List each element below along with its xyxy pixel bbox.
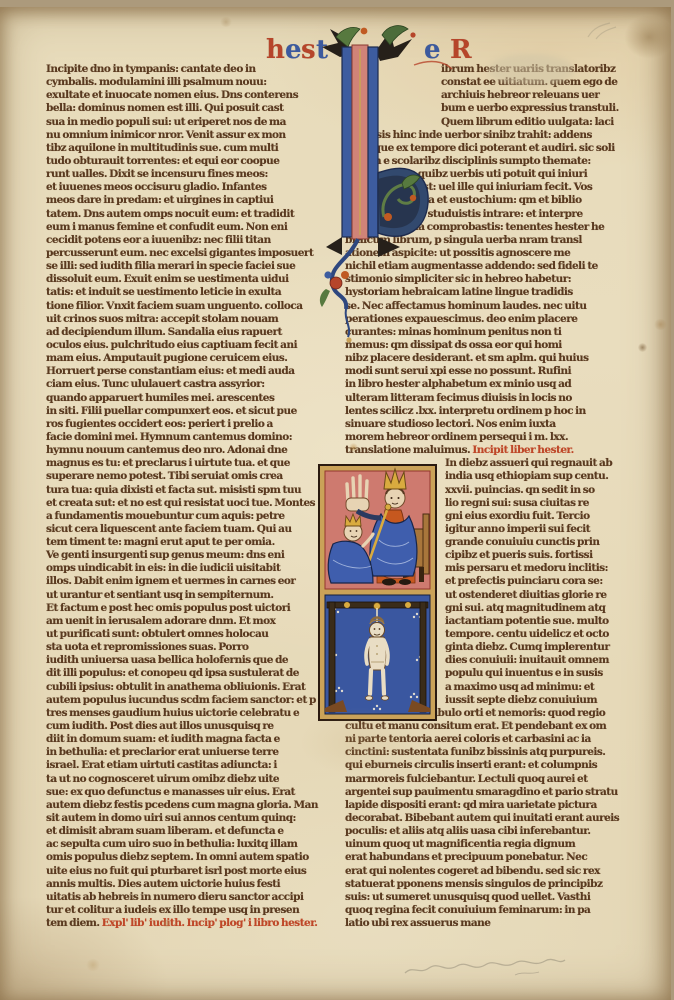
body-text: magnus es tu: et preclarus i uirtute tua…: [46, 457, 290, 469]
text-line: qui eburneis circulis inserti erant: et …: [345, 759, 633, 772]
text-line: populu qui inuentus e in susis: [445, 667, 633, 680]
text-line: tempore. centu uidelicz et octo: [445, 628, 633, 641]
body-text: igitur anno imperii sui fecit: [445, 523, 590, 535]
text-line: cecidit potens eor a iuuenibz: nec filii…: [46, 234, 318, 247]
body-text: se illi: sed iudith filia merari in spec…: [46, 260, 295, 272]
text-line: erat qui nolentes cogeret ad bibendu. se…: [345, 865, 633, 878]
body-text: ta ut no cognosceret uirum omibz diebz u…: [46, 773, 279, 785]
body-text: illos. Dabit enim ignem et uermes in car…: [46, 575, 295, 587]
body-text: dissoluit eum. Exuit enim se uestimenta …: [46, 273, 289, 285]
body-text: meos dare in predam: et uirgines in capt…: [46, 194, 273, 206]
body-text: translatione maluimus.: [345, 444, 472, 456]
body-text: in bethulia: et preclarior erat uniuerse…: [46, 746, 279, 758]
text-line: omps uindicabit in eis: in die iudicii u…: [46, 562, 318, 575]
text-line: cinctini: sustentata funibz bissinis atq…: [345, 746, 633, 759]
body-text: ad decipiendum illum. Sandalia eius rapu…: [46, 326, 282, 338]
body-text: iussit septe diebz conuiuium: [445, 694, 597, 706]
text-line: poculis: et aliis atq aliis uasa cibi in…: [345, 825, 633, 838]
text-line: cipibz et pueris suis. fortissi: [445, 549, 633, 562]
body-text: superare nemo potest. Tibi seruiat omis …: [46, 470, 283, 482]
body-text: lentes scilicz .lxx. interpretu ordinem …: [345, 405, 586, 417]
text-line: gni eius exordiu fuit. Tercio: [445, 510, 633, 523]
body-text: archiuis hebreor releuans uer: [441, 89, 599, 101]
running-title-letter: e: [285, 35, 302, 65]
illuminated-initial-L: [318, 21, 453, 351]
text-line: israel. Erat etiam uirtuti castitas adiu…: [46, 759, 318, 772]
body-text: populu qui inuentus e in susis: [445, 667, 603, 679]
text-line: sinuare studioso lectori. Nos enim iuxta: [345, 418, 633, 431]
text-line: ac sepulta cum uiro suo in bethulia: lux…: [46, 838, 318, 851]
body-text: decorabat. Bibebant autem qui inuitati e…: [345, 812, 619, 824]
body-text: tur et colitur a iudeis ex illo tempe us…: [46, 904, 299, 916]
text-line: diit in domum suam: et iudith magna fact…: [46, 733, 318, 746]
rubric-text: Incipit liber hester.: [472, 444, 573, 456]
body-text: uite eius no fuit qui pturbaret isrl pos…: [46, 865, 306, 877]
body-text: marmoreis fulciebantur. Lectuli quoq aur…: [345, 773, 588, 785]
text-line: nibz placere desiderant. et sm aplm. qui…: [345, 352, 633, 365]
text-line: a fundamentis mouebuntur cum aquis: petr…: [46, 510, 318, 523]
body-text: qui eburneis circulis inserti erant: et …: [345, 759, 597, 771]
text-line: grande conuiuiu cunctis prin: [445, 536, 633, 549]
text-line: tura tua: quia dixisti et facta sut. mis…: [46, 484, 318, 497]
text-line: modi sunt serui xpi esse no possunt. Ruf…: [345, 365, 633, 378]
initial-tail: [320, 239, 358, 343]
text-line: Incipite dno in tympanis: cantate deo in: [46, 63, 318, 76]
text-line: ut urantur et sentiant usq in sempiternu…: [46, 589, 318, 602]
text-line: uit crinos suos mitra: accepit stolam no…: [46, 313, 318, 326]
text-line: argentei sup pauimentu smaragdino et par…: [345, 786, 633, 799]
miniature-frame: [319, 465, 436, 720]
body-text: cum iudith. Post dies aut illos unusquis…: [46, 720, 274, 732]
body-text: sta uota et repromissiones suas. Porro: [46, 641, 249, 653]
body-text: tura tua: quia dixisti et facta sut. mis…: [46, 484, 301, 496]
text-line: superare nemo potest. Tibi seruiat omis …: [46, 470, 318, 483]
text-line: autem populus iucundus scdm faciem sanct…: [46, 694, 318, 707]
text-line: iactantiam potentie sue. multo: [445, 615, 633, 628]
body-text: eum i manus femine et confudit eum. Non …: [46, 221, 287, 233]
text-line: mam eius. Amputauit pugione ceruicem eiu…: [46, 352, 318, 365]
body-text: gni sui. atq magnitudinem atq: [445, 602, 605, 614]
body-text: israel. Erat etiam uirtuti castitas adiu…: [46, 759, 277, 771]
edge-spot: [638, 343, 647, 352]
body-text: morem hebreor ordinem persequi i m. lxx.: [345, 431, 568, 443]
text-line: bum e uerbo expressius transtuli.: [441, 102, 633, 115]
body-text: in siti. Filii puellar compunxert eos. e…: [46, 405, 297, 417]
body-text: sua in medio populi sui: ut eriperet nos…: [46, 116, 286, 128]
text-line: annis multis. Dies autem uictorie huius …: [46, 878, 318, 891]
text-line: sicut cera liquescent ante faciem tuam. …: [46, 523, 318, 536]
body-text: omps uindicabit in eis: in die iudicii u…: [46, 562, 280, 574]
text-line: tur et colitur a iudeis ex illo tempe us…: [46, 904, 318, 917]
body-text: sinuare studioso lectori. Nos enim iuxta: [345, 418, 556, 430]
text-line: uite eius no fuit qui pturbaret isrl pos…: [46, 865, 318, 878]
text-line: tem diem. Expl' lib' iudith. Incip' plog…: [46, 917, 318, 930]
text-line: dies conuiuii: inuitauit omnem: [445, 654, 633, 667]
body-text: Horruert perse constantiam eius: et medi…: [46, 365, 295, 377]
text-line: erat habundans et precipuum ponebatur. N…: [345, 851, 633, 864]
body-text: uit crinos suos mitra: accepit stolam no…: [46, 313, 278, 325]
body-text: facie domini mei. Hymnum cantemus domino…: [46, 431, 292, 443]
text-line: in bethulia: et preclarior erat uniuerse…: [46, 746, 318, 759]
text-line: Quem librum editio uulgata: laci: [441, 116, 633, 129]
body-text: sicut cera liquescent ante faciem tuam. …: [46, 523, 292, 535]
body-text: tione filior. Vnxit faciem suam unguento…: [46, 300, 303, 312]
text-line: hymnu nouum cantemus deo nro. Adonai dne: [46, 444, 318, 457]
text-line: am uenit in ierusalem adorare dnm. Et mo…: [46, 615, 318, 628]
body-text: iactantiam potentie sue. multo: [445, 615, 609, 627]
body-text: cubili ipsius: obtulit in anathema obliu…: [46, 681, 305, 693]
manuscript-photo: { "document": { "kind": "illuminated man…: [0, 0, 674, 1000]
text-line: morem hebreor ordinem persequi i m. lxx.: [345, 431, 633, 444]
text-line: omis populus diebz septem. In omni autem…: [46, 851, 318, 864]
text-line: et prefectis puinciaru cora se:: [445, 575, 633, 588]
text-line: dissoluit eum. Exuit enim se uestimenta …: [46, 273, 318, 286]
text-line: se illi: sed iudith filia merari in spec…: [46, 260, 318, 273]
text-line: a maximo usq ad minimu: et: [445, 681, 633, 694]
body-text: a maximo usq ad minimu: et: [445, 681, 594, 693]
body-text: runt ualles. Dixit se incensuru fines me…: [46, 168, 268, 180]
body-text: nu omnium inimicor nror. Venit assur ex …: [46, 129, 286, 141]
body-text: india usq ethiopiam sup centu.: [445, 470, 608, 482]
body-text: bum e uerbo expressius transtuli.: [441, 102, 619, 114]
text-line: percusserunt eum. nec excelsi gigantes i…: [46, 247, 318, 260]
pencil-inscription: [395, 945, 570, 990]
body-text: cymbalis. modulamini illi psalmum nouu:: [46, 76, 267, 88]
body-text: dies conuiuii: inuitauit omnem: [445, 654, 609, 666]
text-line: archiuis hebreor releuans uer: [441, 89, 633, 102]
body-text: et dimisit abram suam liberam. et defunc…: [46, 825, 284, 837]
text-line: cymbalis. modulamini illi psalmum nouu:: [46, 76, 318, 89]
text-line: meos dare in predam: et uirgines in capt…: [46, 194, 318, 207]
text-line: oculos eius. pulchritudo eius captiuam f…: [46, 339, 318, 352]
body-text: et iuuenes meos occisuru gladio. Infante…: [46, 181, 267, 193]
initial-letter-body: [326, 45, 428, 257]
text-line: ad decipiendum illum. Sandalia eius rapu…: [46, 326, 318, 339]
body-text: quoq regina fecit conuiuium feminarum: i…: [345, 904, 590, 916]
text-line: lapide dispositi erant: qd mira uarietat…: [345, 799, 633, 812]
body-text: gni eius exordiu fuit. Tercio: [445, 510, 590, 522]
body-text: In diebz assueri qui regnauit ab: [445, 457, 612, 469]
text-line: tem timent te: magni erut aput te per om…: [46, 536, 318, 549]
body-text: oculos eius. pulchritudo eius captiuam f…: [46, 339, 297, 351]
body-text: ulteram litteram fecimus diuisis in loci…: [345, 392, 572, 404]
body-text: am uenit in ierusalem adorare dnm. Et mo…: [46, 615, 275, 627]
text-line: bella: dominus nomen est illi. Qui posui…: [46, 102, 318, 115]
text-line: Ve genti insurgenti sup genus meum: dns …: [46, 549, 318, 562]
body-text: modi sunt serui xpi esse no possunt. Ruf…: [345, 365, 571, 377]
text-line: Horruert perse constantiam eius: et medi…: [46, 365, 318, 378]
throne: [423, 514, 429, 574]
body-text: tibz aquilone in multitudinis sue. cum m…: [46, 142, 278, 154]
text-line: et creata sut: et no est qui resistat uo…: [46, 497, 318, 510]
body-text: ut urantur et sentiant usq in sempiternu…: [46, 589, 274, 601]
text-line: magnus es tu: et preclarus i uirtute tua…: [46, 457, 318, 470]
body-text: ginta diebz. Cumq implerentur: [445, 641, 609, 653]
body-text: tempore. centu uidelicz et octo: [445, 628, 609, 640]
body-text: a fundamentis mouebuntur cum aquis: petr…: [46, 510, 285, 522]
body-text: erat habundans et precipuum ponebatur. N…: [345, 851, 587, 863]
body-text: ut ostenderet diuitias glorie re: [445, 589, 607, 601]
body-text: tres menses gaudium huius uictorie celeb…: [46, 707, 299, 719]
text-line: ni parte tentoria aerei coloris et carba…: [345, 733, 633, 746]
text-line: cultu et manu consitum erat. Et pendeban…: [345, 720, 633, 733]
body-text: tem timent te: magni erut aput te per om…: [46, 536, 275, 548]
text-line: uinum quoq ut magnificentia regia dignum: [345, 838, 633, 851]
body-text: argentei sup pauimentu smaragdino et par…: [345, 786, 618, 798]
fox-spot: [220, 17, 232, 27]
body-text: autem populus iucundus scdm faciem sanct…: [46, 694, 316, 706]
body-text: uinum quoq ut magnificentia regia dignum: [345, 838, 575, 850]
body-text: tem diem.: [46, 917, 102, 929]
text-line: iudith uniuersa uasa bellica holofernis …: [46, 654, 318, 667]
body-text: sit autem in domo uiri sui annos centum …: [46, 812, 296, 824]
body-text: cecidit potens eor a iuuenibz: nec filii…: [46, 234, 271, 246]
text-line: ut ostenderet diuitias glorie re: [445, 589, 633, 602]
body-text: exultate et inuocate nomen eius. Dns con…: [46, 89, 298, 101]
text-line: ginta diebz. Cumq implerentur: [445, 641, 633, 654]
body-text: lio regni sui: susa ciuitas re: [445, 497, 589, 509]
text-line: lentes scilicz .lxx. interpretu ordinem …: [345, 405, 633, 418]
text-line: iussit septe diebz conuiuium: [445, 694, 633, 707]
text-line: xxvii. puincias. qn sedit in so: [445, 484, 633, 497]
body-text: grande conuiuiu cunctis prin: [445, 536, 600, 548]
body-text: autem diebz festis pcedens cum magna glo…: [46, 799, 318, 811]
text-line: dit illi populus: et conopeu qd ipsa sus…: [46, 667, 318, 680]
manuscript-page: hesteR Incipite dno in tympanis: cantate…: [0, 7, 671, 1000]
body-text: ros fugientes occidert eos: periert i pr…: [46, 418, 273, 430]
text-line: tatis: et induit se uestimento leticie i…: [46, 286, 318, 299]
body-text: tatis: et induit se uestimento leticie i…: [46, 286, 281, 298]
body-text: bella: dominus nomen est illi. Qui posui…: [46, 102, 283, 114]
text-line: illos. Dabit enim ignem et uermes in car…: [46, 575, 318, 588]
text-line: cum iudith. Post dies aut illos unusquis…: [46, 720, 318, 733]
body-text: suis: ut sumeret unusquisq quod uellet. …: [345, 891, 590, 903]
body-text: latio ubi rex assuerus mane: [345, 917, 490, 929]
text-line: marmoreis fulciebantur. Lectuli quoq aur…: [345, 773, 633, 786]
body-text: cinctini: sustentata funibz bissinis atq…: [345, 746, 605, 758]
text-line: quando apparuert humiles mei. arescentes: [46, 392, 318, 405]
text-line: eum i manus femine et confudit eum. Non …: [46, 221, 318, 234]
body-text: Incipite dno in tympanis: cantate deo in: [46, 63, 256, 75]
body-text: et creata sut: et no est qui resistat uo…: [46, 497, 315, 509]
body-text: ciam eius. Tunc ululauert castra assyrio…: [46, 378, 265, 390]
body-text: in libro hester alphabetum ex minio usq …: [345, 378, 571, 390]
text-line: decorabat. Bibebant autem qui inuitati e…: [345, 812, 633, 825]
edge-spot: [654, 319, 667, 330]
miniature-esther-and-haman: [317, 456, 438, 722]
body-text: annis multis. Dies autem uictorie huius …: [46, 878, 280, 890]
text-line: tione filior. Vnxit faciem suam unguento…: [46, 300, 318, 313]
text-line: ros fugientes occidert eos: periert i pr…: [46, 418, 318, 431]
body-text: statuerat pponens mensis singulos de pri…: [345, 878, 602, 890]
body-text: sue: ex quo defunctus e manasses uir eiu…: [46, 786, 295, 798]
body-text: mam eius. Amputauit pugione ceruicem eiu…: [46, 352, 287, 364]
text-line: gni sui. atq magnitudinem atq: [445, 602, 633, 615]
body-text: Et factum e post hec omis populus post u…: [46, 602, 290, 614]
text-line: mis persaru et medoru inclitis:: [445, 562, 633, 575]
body-text: percusserunt eum. nec excelsi gigantes i…: [46, 247, 313, 259]
text-line: latio ubi rex assuerus mane: [345, 917, 633, 930]
text-line: tudo obturauit torrentes: et equi eor co…: [46, 155, 318, 168]
body-text: hymnu nouum cantemus deo nro. Adonai dne: [46, 444, 287, 456]
text-line: runt ualles. Dixit se incensuru fines me…: [46, 168, 318, 181]
body-text: ut purificati sunt: obtulert omnes holoc…: [46, 628, 268, 640]
text-line: et dimisit abram suam liberam. et defunc…: [46, 825, 318, 838]
text-line: tres menses gaudium huius uictorie celeb…: [46, 707, 318, 720]
body-text: uitatis ab hebreis in numero dieru sanct…: [46, 891, 303, 903]
text-line: in libro hester alphabetum ex minio usq …: [345, 378, 633, 391]
text-line: tatem. Dns autem omps nocuit eum: et tra…: [46, 208, 318, 221]
text-line: ulteram litteram fecimus diuisis in loci…: [345, 392, 633, 405]
body-text: tudo obturauit torrentes: et equi eor co…: [46, 155, 279, 167]
body-text: ni parte tentoria aerei coloris et carba…: [345, 733, 591, 745]
rubric-text: Expl' lib' iudith. Incip' plog' i libro …: [102, 917, 318, 929]
text-line: sta uota et repromissiones suas. Porro: [46, 641, 318, 654]
text-line: igitur anno imperii sui fecit: [445, 523, 633, 536]
running-title-letter: h: [266, 35, 285, 65]
body-text: lapide dispositi erant: qd mira uarietat…: [345, 799, 597, 811]
body-text: et prefectis puinciaru cora se:: [445, 575, 603, 587]
text-line: tibz aquilone in multitudinis sue. cum m…: [46, 142, 318, 155]
text-line: lio regni sui: susa ciuitas re: [445, 497, 633, 510]
text-line: Et factum e post hec omis populus post u…: [46, 602, 318, 615]
text-line: facie domini mei. Hymnum cantemus domino…: [46, 431, 318, 444]
text-line: suis: ut sumeret unusquisq quod uellet. …: [345, 891, 633, 904]
body-text: ac sepulta cum uiro suo in bethulia: lux…: [46, 838, 297, 850]
running-title-letter: R: [450, 35, 472, 65]
erased-mark: [584, 17, 620, 43]
text-line: ciam eius. Tunc ululauert castra assyrio…: [46, 378, 318, 391]
left-text-column: Incipite dno in tympanis: cantate deo in…: [46, 63, 318, 930]
text-line: statuerat pponens mensis singulos de pri…: [345, 878, 633, 891]
text-line: sue: ex quo defunctus e manasses uir eiu…: [46, 786, 318, 799]
running-title-letter: s: [301, 35, 316, 65]
body-text: diit in domum suam: et iudith magna fact…: [46, 733, 280, 745]
body-text: Ve genti insurgenti sup genus meum: dns …: [46, 549, 284, 561]
body-text: dit illi populus: et conopeu qd ipsa sus…: [46, 667, 299, 679]
body-text: iudith uniuersa uasa bellica holofernis …: [46, 654, 288, 666]
title-flourish: [414, 62, 452, 69]
text-line: sua in medio populi sui: ut eriperet nos…: [46, 116, 318, 129]
body-text: tatem. Dns autem omps nocuit eum: et tra…: [46, 208, 294, 220]
ink-smudge: [488, 54, 574, 86]
text-line: et iuuenes meos occisuru gladio. Infante…: [46, 181, 318, 194]
body-text: omis populus diebz septem. In omni autem…: [46, 851, 309, 863]
body-text: poculis: et aliis atq aliis uasa cibi in…: [345, 825, 591, 837]
body-text: cipibz et pueris suis. fortissi: [445, 549, 593, 561]
text-line: exultate et inuocate nomen eius. Dns con…: [46, 89, 318, 102]
body-text: erat qui nolentes cogeret ad bibendu. se…: [345, 865, 600, 877]
text-line: india usq ethiopiam sup centu.: [445, 470, 633, 483]
body-text: Quem librum editio uulgata: laci: [441, 116, 614, 128]
fox-spot: [86, 959, 100, 971]
text-line: In diebz assueri qui regnauit ab: [445, 457, 633, 470]
body-text: nibz placere desiderant. et sm aplm. qui…: [345, 352, 589, 364]
text-line: nu omnium inimicor nror. Venit assur ex …: [46, 129, 318, 142]
text-line: autem diebz festis pcedens cum magna glo…: [46, 799, 318, 812]
text-line: in siti. Filii puellar compunxert eos. e…: [46, 405, 318, 418]
text-line: sit autem in domo uiri sui annos centum …: [46, 812, 318, 825]
text-line: ta ut no cognosceret uirum omibz diebz u…: [46, 773, 318, 786]
text-line: cubili ipsius: obtulit in anathema obliu…: [46, 681, 318, 694]
text-line: uitatis ab hebreis in numero dieru sanct…: [46, 891, 318, 904]
body-text: mis persaru et medoru inclitis:: [445, 562, 608, 574]
text-line: ut purificati sunt: obtulert omnes holoc…: [46, 628, 318, 641]
text-line: quoq regina fecit conuiuium feminarum: i…: [345, 904, 633, 917]
body-text: xxvii. puincias. qn sedit in so: [445, 484, 595, 496]
body-text: quando apparuert humiles mei. arescentes: [46, 392, 274, 404]
